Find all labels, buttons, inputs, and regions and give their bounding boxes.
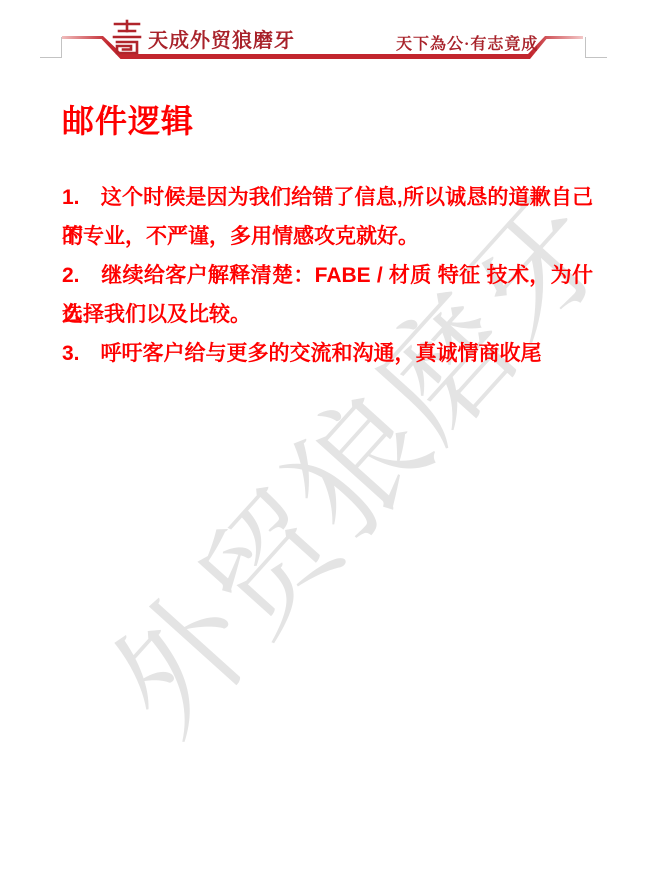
paragraph-3-line-1: 3. 呼吁客户给与更多的交流和沟通，真诚情商收尾 <box>62 334 593 373</box>
left-corner-mark <box>40 37 62 58</box>
brand-title: 天成外贸狼磨牙 <box>148 24 295 53</box>
header-ribbon-line <box>0 0 672 75</box>
brand-motto: 天下為公·有志竟成 <box>396 31 538 54</box>
paragraph-1-line-1: 1. 这个时候是因为我们给错了信息,所以诚恳的道歉自己的 <box>62 178 593 217</box>
paragraph-2-line-1: 2. 继续给客户解释清楚：FABE / 材质 特征 技术，为什么 <box>62 256 593 295</box>
document-page: 外贸狼磨牙 天成外贸狼磨牙 <box>0 0 672 879</box>
seal-logo-icon <box>108 19 146 55</box>
right-corner-mark <box>585 37 607 58</box>
document-body: 1. 这个时候是因为我们给错了信息,所以诚恳的道歉自己的 不专业，不严谨，多用情… <box>62 178 593 373</box>
page-title: 邮件逻辑 <box>62 96 194 142</box>
paragraph-1-line-2: 不专业，不严谨，多用情感攻克就好。 <box>62 217 593 256</box>
page-header: 天成外贸狼磨牙 天下為公·有志竟成 <box>0 0 672 75</box>
paragraph-2-line-2: 选择我们以及比较。 <box>62 295 593 334</box>
